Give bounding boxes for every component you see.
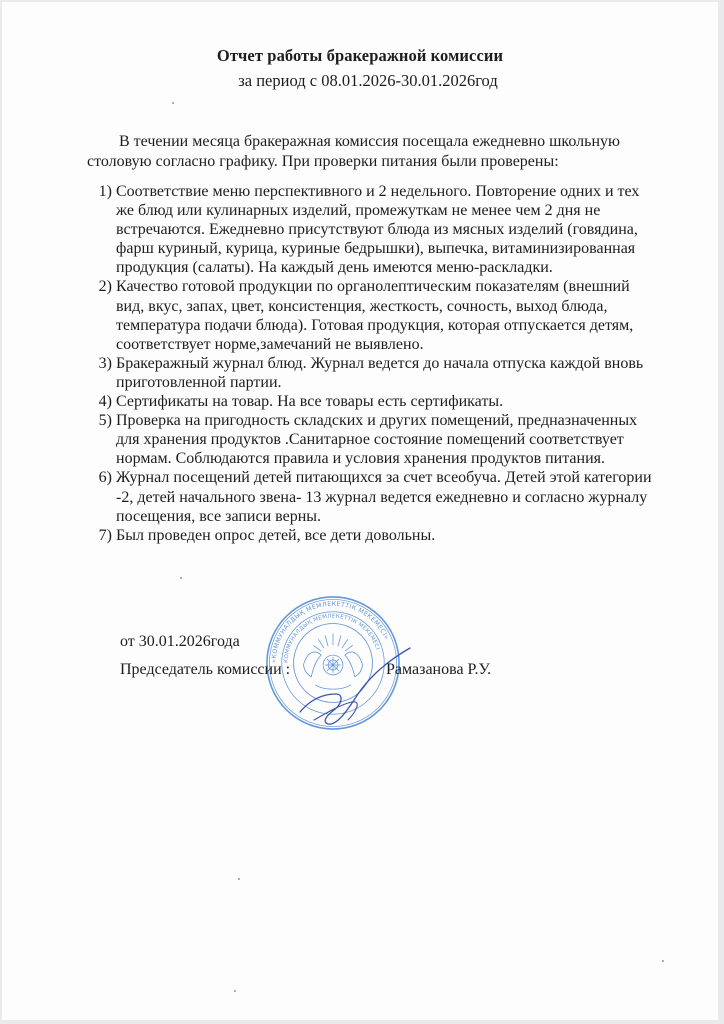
list-item-5: 5) Проверка на пригодность складских и д… — [90, 411, 702, 468]
item-number: 7) — [90, 526, 114, 545]
scanned-document-page: Отчет работы бракеражной комиссии за пер… — [2, 2, 718, 1020]
item-number: 2) — [90, 277, 114, 296]
document-title: Отчет работы бракеражной комиссии — [2, 46, 718, 65]
item-line: -2, детей начального звена- 13 журнал ве… — [116, 488, 702, 507]
report-date: от 30.01.2026года — [120, 632, 240, 651]
signer-name: Рамазанова Р.У. — [386, 660, 491, 679]
item-number: 5) — [90, 411, 114, 430]
list-item-3: 3) Бракеражный журнал блюд. Журнал ведет… — [90, 354, 702, 392]
intro-line-2: столовую согласно графику. При проверки … — [87, 152, 697, 172]
scan-speck — [172, 102, 174, 104]
item-line: Был проведен опрос детей, все дети довол… — [116, 526, 702, 545]
item-line: нормам. Соблюдаются правила и условия хр… — [116, 449, 702, 468]
list-item-1: 1) Соответствие меню перспективного и 2 … — [90, 182, 702, 277]
item-line: Проверка на пригодность складских и друг… — [116, 411, 702, 430]
list-item-7: 7) Был проведен опрос детей, все дети до… — [90, 526, 702, 545]
item-number: 1) — [90, 182, 114, 201]
item-line: температура подачи блюда). Готовая проду… — [116, 316, 702, 335]
item-line: соответствует норме,замечаний не выявлен… — [116, 335, 702, 354]
list-item-6: 6) Журнал посещений детей питающихся за … — [90, 468, 702, 525]
item-line: для хранения продуктов .Санитарное состо… — [116, 430, 702, 449]
item-line: вид, вкус, запах, цвет, консистенция, же… — [116, 297, 702, 316]
item-line: Бракеражный журнал блюд. Журнал ведется … — [116, 354, 702, 373]
item-line: Журнал посещений детей питающихся за сче… — [116, 468, 702, 487]
checked-items-list: 1) Соответствие меню перспективного и 2 … — [90, 182, 702, 545]
scan-speck — [238, 878, 240, 880]
item-number: 6) — [90, 468, 114, 487]
item-line: Соответствие меню перспективного и 2 нед… — [116, 182, 702, 201]
item-line: продукция (салаты). На каждый день имеют… — [116, 258, 702, 277]
intro-paragraph: В течении месяца бракеражная комиссия по… — [87, 132, 697, 171]
signature-icon — [292, 642, 422, 732]
item-line: посещения, все записи верны. — [116, 507, 702, 526]
item-line: же блюд или кулинарных изделий, промежут… — [116, 201, 702, 220]
item-line: Сертификаты на товар. На все товары есть… — [116, 392, 702, 411]
item-line: приготовленной партии. — [116, 373, 702, 392]
item-number: 4) — [90, 392, 114, 411]
list-item-2: 2) Качество готовой продукции по органол… — [90, 277, 702, 353]
scan-speck — [662, 960, 664, 962]
item-line: Качество готовой продукции по органолепт… — [116, 277, 702, 296]
document-period: за период с 08.01.2026-30.01.2026год — [2, 71, 718, 90]
scan-speck — [234, 990, 236, 992]
intro-line-1: В течении месяца бракеражная комиссия по… — [119, 133, 620, 150]
item-line: фарш куриный, курица, куриные бедрышки),… — [116, 239, 702, 258]
item-line: встречаются. Ежедневно присутствуют блюд… — [116, 220, 702, 239]
list-item-4: 4) Сертификаты на товар. На все товары е… — [90, 392, 702, 411]
item-number: 3) — [90, 354, 114, 373]
scan-speck — [180, 577, 182, 579]
chair-label: Председатель комиссии : — [120, 660, 290, 679]
